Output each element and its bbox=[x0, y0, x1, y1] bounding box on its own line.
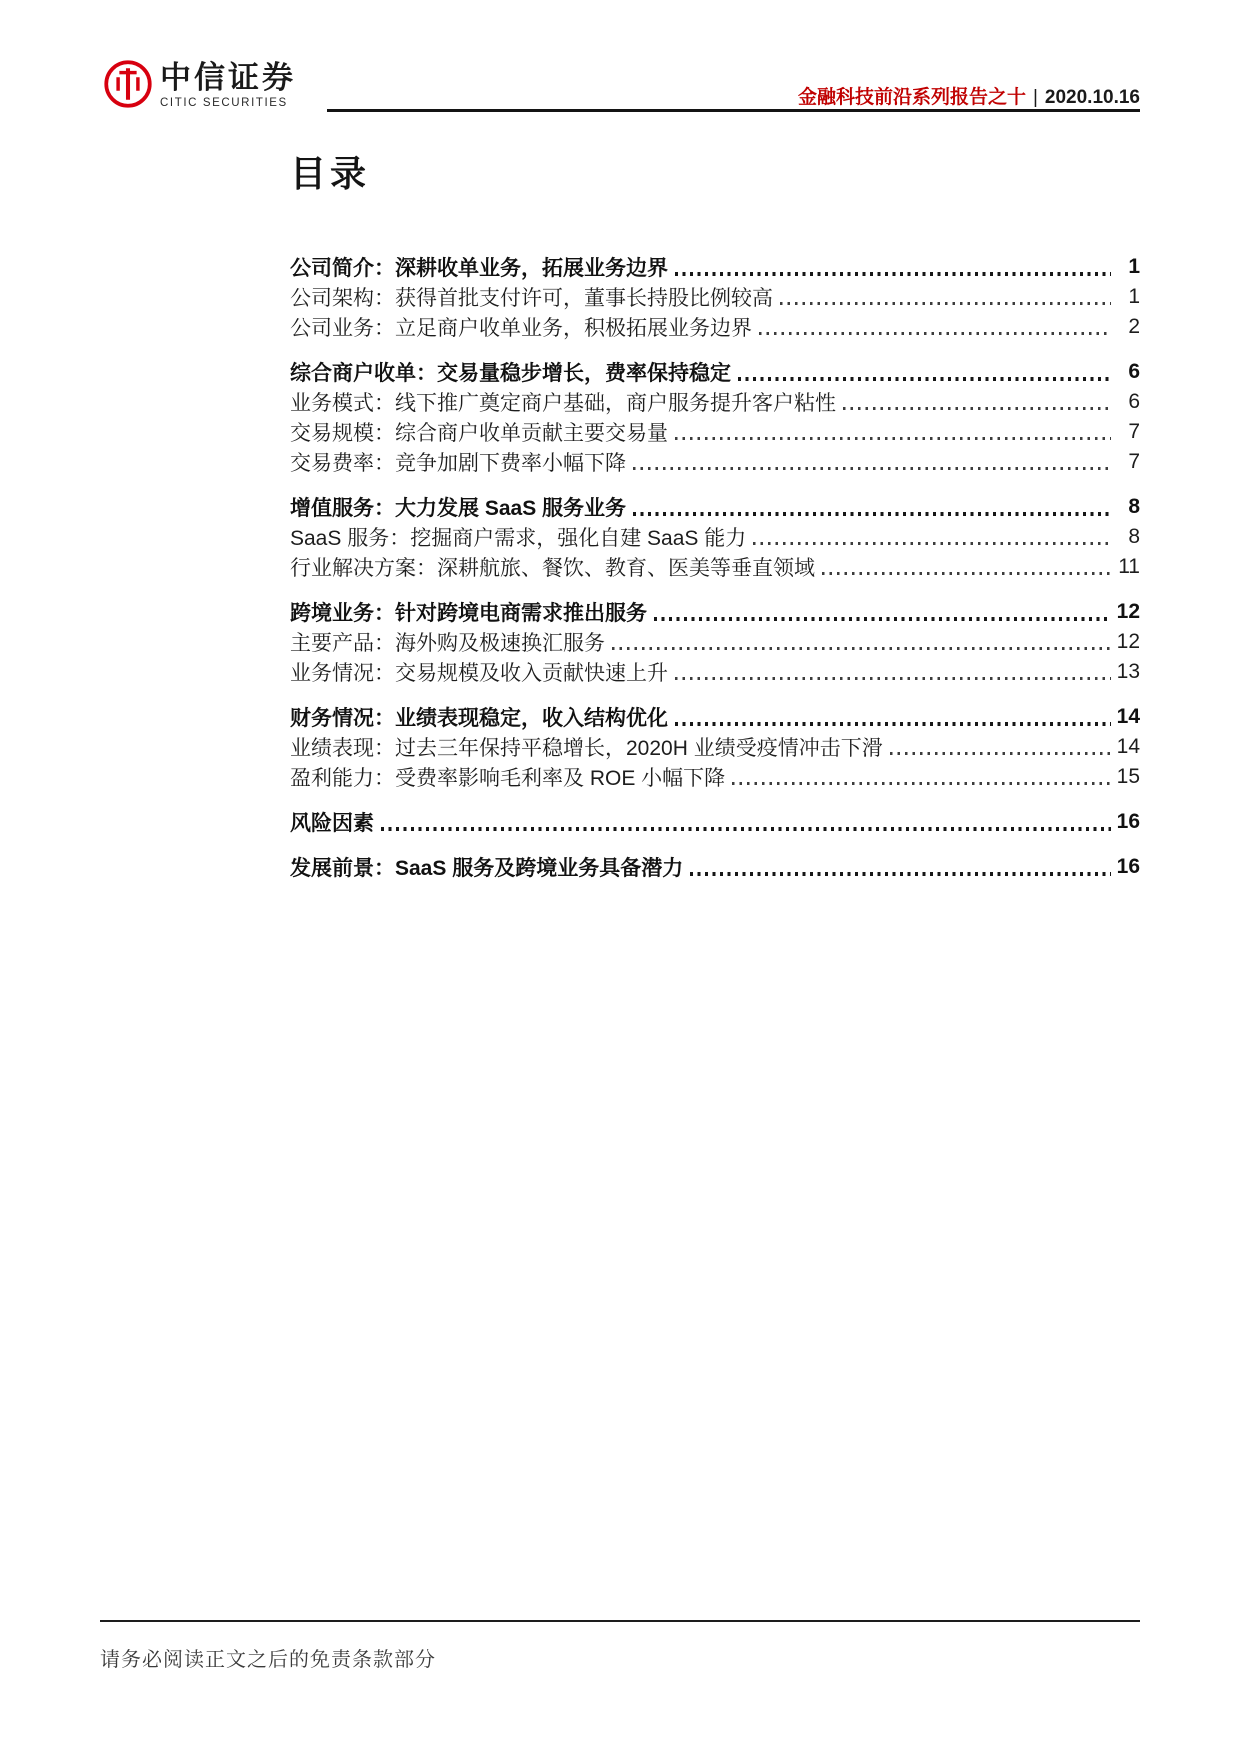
toc-leader-dots bbox=[633, 512, 1111, 516]
toc-entry[interactable]: 交易规模：综合商户收单贡献主要交易量7 bbox=[290, 417, 1140, 447]
toc-entry-label: 业务模式：线下推广奠定商户基础，商户服务提升客户粘性 bbox=[290, 387, 836, 417]
toc-entry[interactable]: 公司业务：立足商户收单业务，积极拓展业务边界2 bbox=[290, 312, 1140, 342]
header-divider-line bbox=[327, 109, 1140, 112]
toc-page-number: 1 bbox=[1116, 285, 1140, 309]
header-separator: | bbox=[1026, 87, 1045, 108]
toc-leader-dots bbox=[732, 782, 1111, 785]
toc-leader-dots bbox=[738, 377, 1111, 381]
toc-page-number: 6 bbox=[1116, 360, 1140, 384]
toc-entry[interactable]: 综合商户收单：交易量稳步增长，费率保持稳定6 bbox=[290, 357, 1140, 387]
footer-disclaimer: 请务必阅读正文之后的免责条款部分 bbox=[100, 1643, 436, 1672]
citic-seal-icon bbox=[104, 60, 152, 108]
toc-entry-label: 交易费率：竞争加剧下费率小幅下降 bbox=[290, 447, 626, 477]
toc-page-number: 7 bbox=[1116, 450, 1140, 474]
toc-page-number: 1 bbox=[1116, 255, 1140, 279]
toc-entry[interactable]: 增值服务：大力发展 SaaS 服务业务8 bbox=[290, 492, 1140, 522]
toc-entry-label: 跨境业务：针对跨境电商需求推出服务 bbox=[290, 597, 647, 627]
toc-entry[interactable]: 财务情况：业绩表现稳定，收入结构优化14 bbox=[290, 702, 1140, 732]
toc-entry-label: SaaS 服务：挖掘商户需求，强化自建 SaaS 能力 bbox=[290, 522, 746, 552]
report-series-title: 金融科技前沿系列报告之十 bbox=[798, 87, 1026, 108]
toc-entry[interactable]: 公司架构：获得首批支付许可，董事长持股比例较高1 bbox=[290, 282, 1140, 312]
toc-page-number: 12 bbox=[1116, 630, 1140, 654]
toc-page-number: 7 bbox=[1116, 420, 1140, 444]
toc-page-number: 13 bbox=[1116, 660, 1140, 684]
toc-leader-dots bbox=[612, 647, 1111, 650]
toc-leader-dots bbox=[675, 722, 1111, 726]
toc-page-number: 16 bbox=[1116, 855, 1140, 879]
toc-page-number: 12 bbox=[1116, 600, 1140, 624]
toc-leader-dots bbox=[890, 752, 1111, 755]
toc-entry[interactable]: 公司简介：深耕收单业务，拓展业务边界1 bbox=[290, 252, 1140, 282]
toc-page-number: 11 bbox=[1116, 555, 1140, 579]
toc-entry[interactable]: 行业解决方案：深耕航旅、餐饮、教育、医美等垂直领域 11 bbox=[290, 552, 1140, 582]
toc-entry-label: 增值服务：大力发展 SaaS 服务业务 bbox=[290, 492, 626, 522]
toc-entry[interactable]: 交易费率：竞争加剧下费率小幅下降7 bbox=[290, 447, 1140, 477]
toc-entry[interactable]: 风险因素 16 bbox=[290, 807, 1140, 837]
toc-leader-dots bbox=[654, 617, 1111, 621]
toc-leader-dots bbox=[759, 332, 1111, 335]
toc-entry-label: 业务情况：交易规模及收入贡献快速上升 bbox=[290, 657, 668, 687]
toc-entry-label: 综合商户收单：交易量稳步增长，费率保持稳定 bbox=[290, 357, 731, 387]
toc-entry-label: 财务情况：业绩表现稳定，收入结构优化 bbox=[290, 702, 668, 732]
logo-cn-text: 中信证券 bbox=[160, 62, 296, 95]
logo-wordmark: 中信证券 CITIC SECURITIES bbox=[160, 60, 296, 109]
toc-leader-dots bbox=[690, 872, 1111, 876]
toc-leader-dots bbox=[381, 827, 1111, 831]
citic-logo: 中信证券 CITIC SECURITIES bbox=[104, 60, 296, 109]
report-date: 2020.10.16 bbox=[1045, 87, 1140, 108]
toc-page-number: 15 bbox=[1116, 765, 1140, 789]
toc-page-number: 8 bbox=[1116, 525, 1140, 549]
toc-leader-dots bbox=[675, 677, 1111, 680]
toc-entry-label: 公司简介：深耕收单业务，拓展业务边界 bbox=[290, 252, 668, 282]
toc-entry[interactable]: 业务情况：交易规模及收入贡献快速上升13 bbox=[290, 657, 1140, 687]
toc-entry[interactable]: 主要产品：海外购及极速换汇服务12 bbox=[290, 627, 1140, 657]
toc-entry-label: 发展前景：SaaS 服务及跨境业务具备潜力 bbox=[290, 852, 683, 882]
toc-entry-label: 盈利能力：受费率影响毛利率及 ROE 小幅下降 bbox=[290, 762, 725, 792]
toc-entry[interactable]: 业务模式：线下推广奠定商户基础，商户服务提升客户粘性6 bbox=[290, 387, 1140, 417]
toc-entry[interactable]: 跨境业务：针对跨境电商需求推出服务 12 bbox=[290, 597, 1140, 627]
toc-leader-dots bbox=[780, 302, 1111, 305]
toc-page-number: 2 bbox=[1116, 315, 1140, 339]
toc-page-number: 8 bbox=[1116, 495, 1140, 519]
toc-entry[interactable]: 盈利能力：受费率影响毛利率及 ROE 小幅下降 15 bbox=[290, 762, 1140, 792]
toc-page-number: 14 bbox=[1116, 705, 1140, 729]
toc-entry[interactable]: SaaS 服务：挖掘商户需求，强化自建 SaaS 能力8 bbox=[290, 522, 1140, 552]
toc-entry-label: 业绩表现：过去三年保持平稳增长，2020H 业绩受疫情冲击下滑 bbox=[290, 732, 883, 762]
toc-title: 目录 bbox=[290, 146, 370, 197]
toc-entry[interactable]: 业绩表现：过去三年保持平稳增长，2020H 业绩受疫情冲击下滑14 bbox=[290, 732, 1140, 762]
footer-divider-line bbox=[100, 1620, 1140, 1622]
toc-leader-dots bbox=[843, 407, 1111, 410]
toc-entry-label: 行业解决方案：深耕航旅、餐饮、教育、医美等垂直领域 bbox=[290, 552, 815, 582]
toc-page-number: 14 bbox=[1116, 735, 1140, 759]
toc-leader-dots bbox=[633, 467, 1111, 470]
toc-leader-dots bbox=[822, 572, 1111, 575]
toc-page-number: 16 bbox=[1116, 810, 1140, 834]
toc-leader-dots bbox=[675, 272, 1111, 276]
logo-en-text: CITIC SECURITIES bbox=[160, 97, 296, 109]
report-header-meta: 金融科技前沿系列报告之十|2020.10.16 bbox=[798, 82, 1140, 109]
toc-entry-label: 公司架构：获得首批支付许可，董事长持股比例较高 bbox=[290, 282, 773, 312]
toc-leader-dots bbox=[753, 542, 1111, 545]
toc-entry-label: 主要产品：海外购及极速换汇服务 bbox=[290, 627, 605, 657]
toc-entry[interactable]: 发展前景：SaaS 服务及跨境业务具备潜力16 bbox=[290, 852, 1140, 882]
toc-leader-dots bbox=[675, 437, 1111, 440]
toc-entry-label: 公司业务：立足商户收单业务，积极拓展业务边界 bbox=[290, 312, 752, 342]
toc-page-number: 6 bbox=[1116, 390, 1140, 414]
toc-entry-label: 交易规模：综合商户收单贡献主要交易量 bbox=[290, 417, 668, 447]
toc-list: 公司简介：深耕收单业务，拓展业务边界1公司架构：获得首批支付许可，董事长持股比例… bbox=[290, 252, 1140, 882]
toc-entry-label: 风险因素 bbox=[290, 807, 374, 837]
